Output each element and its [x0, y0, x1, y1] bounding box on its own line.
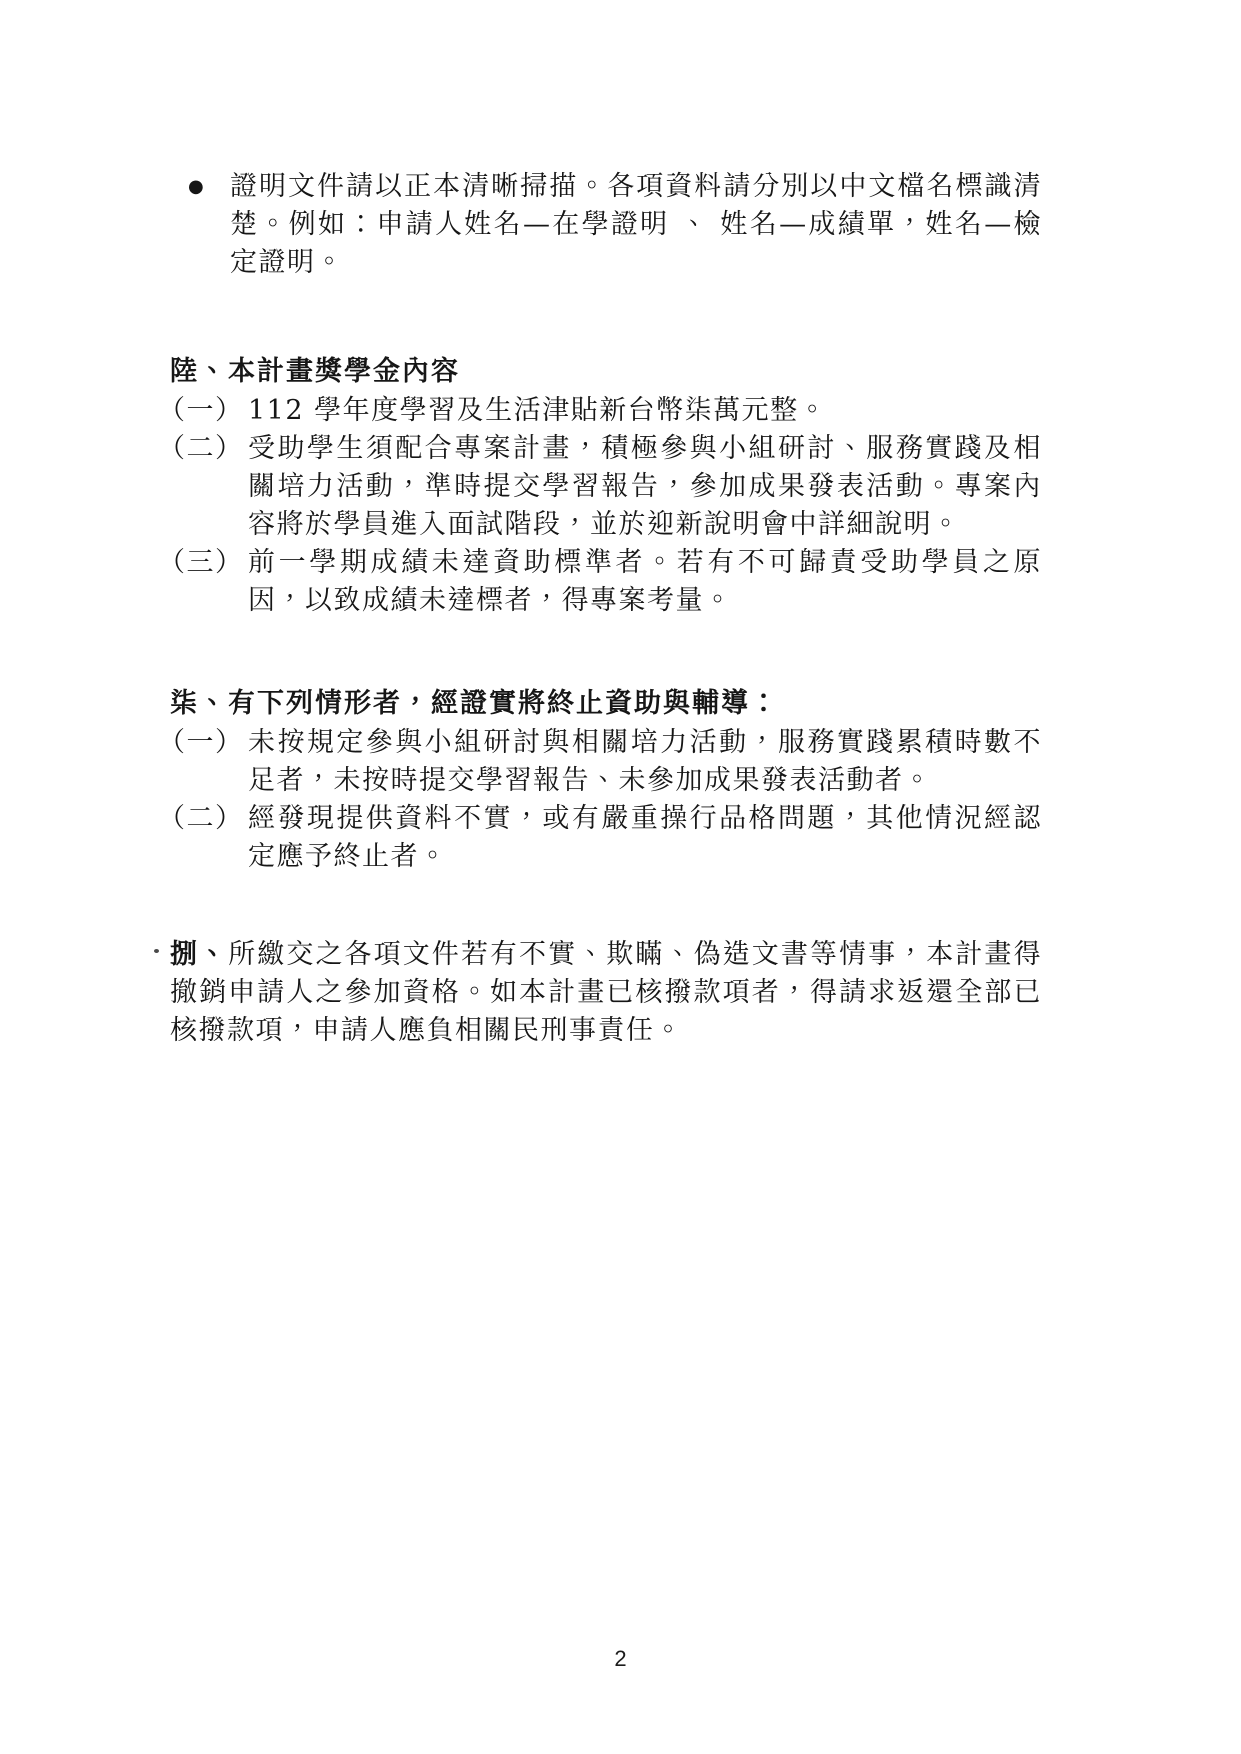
item-text: 未按規定參與小組研討與相關培力活動，服務實踐累積時數不足者，未按時提交學習報告、… — [248, 724, 1042, 800]
item-marker: （二） — [158, 430, 248, 544]
item-text: 受助學生須配合專案計畫，積極參與小組研討、服務實踐及相關培力活動，準時提交學習報… — [248, 430, 1042, 544]
list-item: （二） 經發現提供資料不實，或有嚴重操行品格問題，其他情況經認定應予終止者。 — [170, 800, 1042, 876]
bullet-icon: ● — [188, 168, 230, 282]
page-content: ● 證明文件請以正本清晰掃描。各項資料請分別以中文檔名標識清楚。例如：申請人姓名… — [170, 168, 1042, 1050]
closing-text: 所繳交之各項文件若有不實、欺瞞、偽造文書等情事，本計畫得撤銷申請人之參加資格。如… — [170, 939, 1042, 1046]
section-termination-conditions: 柒、有下列情形者，經證實將終止資助與輔導： （一） 未按規定參與小組研討與相關培… — [170, 684, 1042, 876]
section-heading-liu: 陸、本計畫獎學金內容 — [170, 352, 1042, 392]
section-scholarship-content: 陸、本計畫獎學金內容 （一） 112 學年度學習及生活津貼新台幣柒萬元整。 （二… — [170, 352, 1042, 620]
list-item: （二） 受助學生須配合專案計畫，積極參與小組研討、服務實踐及相關培力活動，準時提… — [170, 430, 1042, 544]
page-number: 2 — [0, 1646, 1241, 1672]
item-text: 前一學期成績未達資助標準者。若有不可歸責受助學員之原因，以致成績未達標者，得專案… — [248, 544, 1042, 620]
bullet-note: ● 證明文件請以正本清晰掃描。各項資料請分別以中文檔名標識清楚。例如：申請人姓名… — [170, 168, 1042, 282]
document-page: ● 證明文件請以正本清晰掃描。各項資料請分別以中文檔名標識清楚。例如：申請人姓名… — [0, 0, 1241, 1754]
list-item: （三） 前一學期成績未達資助標準者。若有不可歸責受助學員之原因，以致成績未達標者… — [170, 544, 1042, 620]
list-item: （一） 112 學年度學習及生活津貼新台幣柒萬元整。 — [170, 392, 1042, 430]
item-marker: （一） — [158, 392, 248, 430]
section-fraud-clause: 捌、所繳交之各項文件若有不實、欺瞞、偽造文書等情事，本計畫得撤銷申請人之參加資格… — [170, 936, 1042, 1050]
item-text: 經發現提供資料不實，或有嚴重操行品格問題，其他情況經認定應予終止者。 — [248, 800, 1042, 876]
closing-lead: 捌、 — [170, 939, 228, 970]
item-marker: （一） — [158, 724, 248, 800]
section-heading-qi: 柒、有下列情形者，經證實將終止資助與輔導： — [170, 684, 1042, 724]
scan-artifact-dot — [154, 949, 159, 953]
item-text: 112 學年度學習及生活津貼新台幣柒萬元整。 — [248, 392, 1042, 430]
bullet-note-text: 證明文件請以正本清晰掃描。各項資料請分別以中文檔名標識清楚。例如：申請人姓名—在… — [230, 168, 1042, 282]
item-marker: （三） — [158, 544, 248, 620]
item-marker: （二） — [158, 800, 248, 876]
list-item: （一） 未按規定參與小組研討與相關培力活動，服務實踐累積時數不足者，未按時提交學… — [170, 724, 1042, 800]
